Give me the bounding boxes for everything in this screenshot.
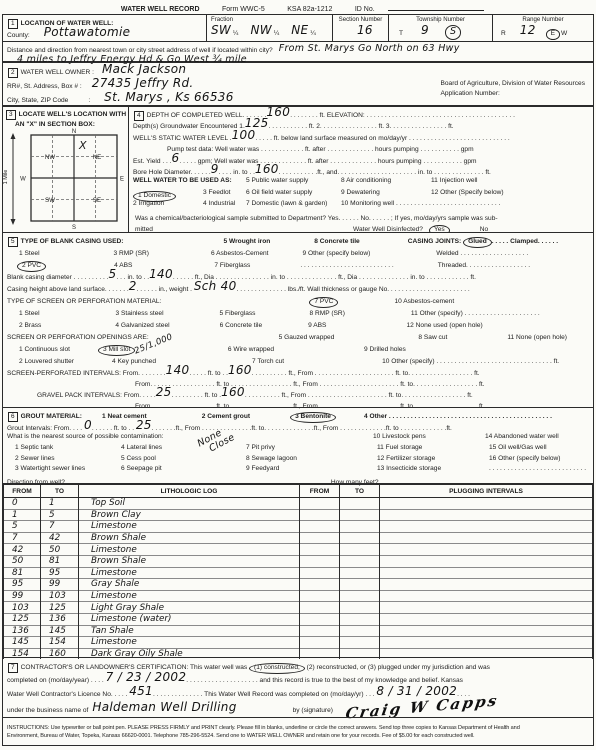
- spacer: [74, 362, 112, 363]
- spacer: [334, 338, 418, 339]
- bore-hole-diameter-line: Bore Hole Diameter. . . . . .9. . . . in…: [129, 164, 593, 175]
- contamination-option: 7 Pit privy: [246, 443, 377, 454]
- screen-intervals-line-2: From. . . . . . . . . . . . . . . . . . …: [3, 376, 593, 387]
- printed-text: SCREEN OR PERFORATION OPENINGS ARE:: [7, 334, 149, 341]
- depth-cell: 81: [41, 555, 79, 567]
- section-location-of-well: 1LOCATION OF WATER WELL: County:Pottawat…: [2, 14, 594, 62]
- plugging-cell: [340, 590, 380, 602]
- section-location-depth: 3LOCATE WELL'S LOCATION WITH AN "X" IN S…: [2, 106, 594, 233]
- printed-text: WATER WELL OWNER :: [21, 69, 94, 76]
- plugging-cell: [300, 625, 340, 637]
- lithologic-rows: 01Top Soil15Brown Clay57Limestone742Brow…: [4, 498, 593, 660]
- depth-cell: 7: [41, 521, 79, 533]
- spacer: [132, 266, 214, 267]
- arrow-up-icon: [11, 133, 16, 139]
- contamination-option: 16 Other (specify below): [489, 454, 560, 465]
- printed-text: 9 Drilled holes: [364, 346, 406, 353]
- spacer: [270, 242, 314, 243]
- application-number-label: Application Number:: [440, 89, 585, 99]
- handwritten-text: 0: [84, 418, 92, 432]
- plugging-cell: [300, 544, 340, 556]
- screen-material-row-1: 1 Steel3 Stainless steel5 Fiberglass8 RM…: [3, 305, 593, 317]
- spacer: [250, 417, 290, 418]
- litho-row: 103125Light Gray Shale: [4, 602, 593, 614]
- range-line: R12EW: [493, 24, 593, 39]
- depth-cell: 125: [41, 602, 79, 614]
- printed-text: W: [561, 30, 567, 37]
- plugging-cell: [380, 509, 593, 521]
- depth-cell: 5: [41, 509, 79, 521]
- printed-text: 2 Cement grout: [202, 413, 250, 420]
- plugging-cell: [340, 625, 380, 637]
- printed-text: 10 Other (specify) . . . . . . . . . . .…: [382, 358, 559, 365]
- spacer: [370, 254, 436, 255]
- spacer: [345, 314, 411, 315]
- openings-row-2: 2 Louvered shutter4 Key punched7 Torch c…: [3, 353, 593, 365]
- printed-text: 2 Louvered shutter: [19, 358, 74, 365]
- casing-row-0: 5TYPE OF BLANK CASING USED:5 Wrought iro…: [3, 233, 593, 245]
- depth-row: 4DEPTH OF COMPLETED WELL. . . . . . .160…: [129, 107, 593, 118]
- plugging-cell: [300, 637, 340, 649]
- spacer: [336, 417, 364, 418]
- spacer: [394, 266, 438, 267]
- litho-row: 9599Gray Shale: [4, 579, 593, 591]
- certification-line-3: Water Well Contractor's Licence No. . . …: [3, 685, 593, 699]
- printed-text: . . . . . . .ft., From . . . . . . . . .…: [152, 425, 452, 432]
- lithology-cell: Brown Shale: [79, 555, 300, 567]
- plugging-cell: [340, 613, 380, 625]
- printed-text: ¼: [231, 30, 238, 37]
- printed-text: 1 Steel: [19, 310, 40, 317]
- spacer: [170, 326, 220, 327]
- printed-text: Water Well Contractor's Licence No. . . …: [7, 691, 129, 698]
- litho-row: 4250Limestone: [4, 544, 593, 556]
- spacer: [447, 338, 507, 339]
- screen-material-row-2: 2 Brass4 Galvanized steel6 Concrete tile…: [3, 317, 593, 329]
- depth-cell: 1: [4, 509, 41, 521]
- col-to-2: TO: [340, 485, 380, 498]
- depth-cell: 42: [41, 532, 79, 544]
- form-number: Form WWC-5: [222, 6, 265, 13]
- use-option: 12 Other (Specify below): [431, 187, 504, 198]
- fraction-cell: Fraction SW ¼NW ¼NE ¼: [207, 15, 333, 41]
- plugging-cell: [380, 590, 593, 602]
- form-id-label: ID No.: [355, 6, 375, 13]
- section-grout-contamination: 6GROUT MATERIAL:1 Neat cement2 Cement gr…: [2, 407, 594, 484]
- plugging-cell: [300, 602, 340, 614]
- contamination-header-row: What is the nearest source of possible c…: [3, 432, 593, 443]
- spacer: [90, 101, 104, 102]
- spacer: [7, 326, 19, 327]
- printed-text: . . . . . Clamped. . . . . .: [492, 238, 558, 245]
- plugging-cell: [380, 602, 593, 614]
- plugging-cell: [300, 567, 340, 579]
- depth-cell: 50: [41, 544, 79, 556]
- plugging-cell: [380, 613, 593, 625]
- use-option: 9 Dewatering: [341, 187, 431, 198]
- spacer: [149, 254, 211, 255]
- col-from-1: FROM: [4, 485, 41, 498]
- printed-text: 4 Key punched: [112, 358, 156, 365]
- circled-handwritten-text: S: [445, 25, 461, 40]
- col-to-1: TO: [41, 485, 79, 498]
- handwritten-text: 9: [421, 23, 429, 37]
- instructions-footer: INSTRUCTIONS: Use typewriter or ball poi…: [2, 717, 594, 746]
- ne-quadrant-label: NE: [93, 154, 102, 161]
- litho-row: 742Brown Shale: [4, 532, 593, 544]
- spacer: [238, 34, 250, 35]
- section-box-panel: 3LOCATE WELL'S LOCATION WITH AN "X" IN S…: [3, 107, 129, 232]
- handwritten-text: 7 / 23 / 2002: [106, 670, 187, 684]
- township-label: Township Number: [389, 15, 492, 24]
- printed-text: 10 Asbestos-cement: [394, 298, 454, 305]
- plugging-cell: [380, 498, 593, 510]
- handwritten-text: 160: [221, 385, 245, 399]
- depth-cell: 136: [4, 625, 41, 637]
- plugging-cell: [380, 544, 593, 556]
- handwritten-text: 160: [228, 363, 252, 377]
- spacer: [273, 51, 279, 52]
- depth-cell: 136: [41, 613, 79, 625]
- circled-printed-text: E: [546, 29, 560, 40]
- lithology-cell: Gray Shale: [79, 579, 300, 591]
- sample-submitted-line: Was a chemical/bacteriological sample su…: [129, 210, 593, 221]
- use-as-row-2: 2 Irrigation4 Industrial7 Domestic (lawn…: [129, 198, 593, 209]
- depth-cell: 95: [4, 579, 41, 591]
- col-lithologic-log: LITHOLOGIC LOG: [79, 485, 300, 498]
- contamination-option: 13 Insecticide storage: [377, 464, 489, 475]
- printed-text: 5 Fiberglass: [220, 310, 256, 317]
- printed-text: 5 Wrought iron: [224, 238, 271, 245]
- spacer: [250, 266, 300, 267]
- range-cell: Range Number R12EW: [493, 15, 593, 41]
- plugging-cell: [300, 590, 340, 602]
- lithology-cell: Tan Shale: [79, 625, 300, 637]
- printed-text: 9 Other (specify below): [303, 250, 371, 257]
- depth-cell: 145: [4, 637, 41, 649]
- section-certification: 7CONTRACTOR'S OR LANDOWNER'S CERTIFICATI…: [2, 657, 594, 718]
- printed-text: 3 RMP (SR): [114, 250, 149, 257]
- plugging-cell: [380, 532, 593, 544]
- screen-intervals-line-1: SCREEN-PERFORATED INTERVALS: From. . . .…: [3, 365, 593, 376]
- table-header-row: FROM TO LITHOLOGIC LOG FROM TO PLUGGING …: [4, 485, 593, 498]
- printed-text: TYPE OF SCREEN OR PERFORATION MATERIAL:: [7, 298, 161, 305]
- handwritten-text: Haldeman Well Drilling: [92, 700, 236, 714]
- contamination-option: 5 Cess pool: [121, 454, 246, 465]
- use-as-row-0: WELL WATER TO BE USED AS:5 Public water …: [129, 175, 593, 186]
- printed-text: 2 Brass: [19, 322, 41, 329]
- lithology-cell: Limestone: [79, 544, 300, 556]
- printed-text: 12 None used (open hole): [406, 322, 482, 329]
- plugging-cell: [380, 579, 593, 591]
- certification-row-1: 7CONTRACTOR'S OR LANDOWNER'S CERTIFICATI…: [3, 658, 593, 671]
- printed-text: 7 Fiberglass: [214, 262, 250, 269]
- handwritten-text: SW: [211, 23, 231, 37]
- spacer: [429, 34, 445, 35]
- spacer: [124, 242, 224, 243]
- contamination-title: What is the nearest source of possible c…: [7, 432, 373, 443]
- printed-text: 5 Gauzed wrapped: [279, 334, 335, 341]
- spacer: [7, 396, 37, 397]
- section-casing-screen: 5TYPE OF BLANK CASING USED:5 Wrought iro…: [2, 232, 594, 408]
- depth-cell: 99: [4, 590, 41, 602]
- litho-row: 136145Tan Shale: [4, 625, 593, 637]
- contamination-option: 14 Abandoned water well: [485, 432, 559, 443]
- groundwater-line: Depth(s) Groundwater Encountered 1.125. …: [129, 118, 593, 129]
- plugging-cell: [300, 555, 340, 567]
- printed-text: 4 Galvanized steel: [115, 322, 169, 329]
- printed-text: (2) reconstructed, or (3) plugged under …: [305, 664, 490, 671]
- depth-cell: 103: [4, 602, 41, 614]
- spacer: [7, 254, 19, 255]
- sw-quadrant-label: SW: [45, 197, 55, 204]
- static-water-level-line: WELL'S STATIC WATER LEVEL .100. . . . . …: [129, 130, 593, 141]
- casing-row-2: 2 PVC4 ABS7 Fiberglass. . . . . . . . . …: [3, 257, 593, 269]
- certification-line-2: completed on (mo/day/year) . . . . 7 / 2…: [3, 671, 593, 685]
- nw-quadrant-label: NW: [45, 154, 55, 161]
- spacer: [274, 350, 364, 351]
- one-mile-label: 1 Mile: [3, 170, 9, 185]
- depth-cell: 95: [41, 567, 79, 579]
- printed-text: . . . . . . . . . . . . . . . . . . . . …: [300, 262, 393, 269]
- spacer: [46, 266, 114, 267]
- litho-row: 99103Limestone: [4, 590, 593, 602]
- form-header: WATER WELL RECORD Form WWC-5 KSA 82a-121…: [0, 1, 596, 14]
- spacer: [536, 34, 546, 35]
- plugging-cell: [300, 579, 340, 591]
- se-quadrant-label: SE: [93, 197, 101, 204]
- depth-cell: 1: [41, 498, 79, 510]
- county-line: County:Pottawatomie: [3, 26, 206, 41]
- spacer: [338, 302, 394, 303]
- spacer: [68, 101, 88, 102]
- spacer: [326, 326, 406, 327]
- instructions-line-2: Environment, Bureau of Water, Topeka, Ka…: [7, 733, 475, 739]
- litho-row: 5081Brown Shale: [4, 555, 593, 567]
- handwritten-text: 25: [156, 385, 172, 399]
- depth-cell: 99: [41, 579, 79, 591]
- spacer: [262, 326, 308, 327]
- litho-row: 15Brown Clay: [4, 509, 593, 521]
- plugging-cell: [380, 637, 593, 649]
- spacer: [133, 150, 167, 151]
- printed-text: . . . . . . . . . . . . . . This Water W…: [153, 691, 376, 698]
- spacer: [7, 385, 135, 386]
- handwritten-text: 16: [357, 23, 373, 37]
- lithology-cell: Top Soil: [79, 498, 300, 510]
- printed-text: . . . . . . ft. to . .: [92, 425, 136, 432]
- distance-direction-line: Distance and direction from nearest town…: [3, 42, 593, 53]
- printed-text: completed on (mo/day/year) . . . .: [7, 677, 106, 684]
- lithology-cell: Limestone: [79, 567, 300, 579]
- use-option: 2 Irrigation: [133, 198, 203, 209]
- printed-text: 8 RMP (SR): [309, 310, 344, 317]
- depth-cell: 50: [4, 555, 41, 567]
- printed-text: RR#, St. Address, Box # :: [7, 83, 82, 90]
- plugging-cell: [300, 613, 340, 625]
- plugging-cell: [380, 625, 593, 637]
- handwritten-text: 9: [211, 162, 219, 176]
- lithology-cell: Limestone: [79, 590, 300, 602]
- spacer: [40, 254, 114, 255]
- well-location-x-mark: X: [78, 139, 87, 152]
- printed-text: 3 Stainless steel: [116, 310, 164, 317]
- handwritten-text: 12: [520, 23, 536, 37]
- depth-cell: 103: [41, 590, 79, 602]
- handwritten-text: 140: [166, 363, 190, 377]
- handwritten-text: 100: [232, 128, 256, 142]
- form-title: WATER WELL RECORD: [121, 6, 200, 13]
- contamination-row-3: 3 Watertight sewer lines6 Seepage pit9 F…: [3, 464, 593, 475]
- handwritten-text: 140: [149, 267, 173, 281]
- plugging-cell: [340, 498, 380, 510]
- spacer: [7, 314, 19, 315]
- plugging-cell: [340, 567, 380, 579]
- estimated-yield-line: Est. Yield . . .6. . . . . gpm; Well wat…: [129, 153, 593, 164]
- north-label: N: [72, 129, 76, 135]
- litho-row: 01Top Soil: [4, 498, 593, 510]
- location-header-row: 1LOCATION OF WATER WELL: County:Pottawat…: [3, 15, 593, 42]
- plugging-cell: [300, 521, 340, 533]
- pump-test-line: Pump test data: Well water was . . . . .…: [129, 141, 593, 152]
- handwritten-text: St. Marys , Ks 66536: [104, 90, 234, 104]
- handwritten-text: 160: [266, 107, 290, 119]
- water-well-record-form: WATER WELL RECORD Form WWC-5 KSA 82a-121…: [0, 0, 596, 750]
- handwritten-text: 5: [109, 267, 117, 281]
- depth-cell: 81: [4, 567, 41, 579]
- use-as-row-1: 1 Domestic3 Feedlot6 Oil field water sup…: [129, 187, 593, 198]
- handwritten-text: From St. Marys Go North on 63 Hwy: [279, 43, 460, 54]
- litho-row: 125136Limestone (water): [4, 613, 593, 625]
- spacer: [7, 266, 17, 267]
- plugging-cell: [340, 532, 380, 544]
- depth-cell: 0: [4, 498, 41, 510]
- lithology-cell: Brown Clay: [79, 509, 300, 521]
- depth-cell: 7: [4, 532, 41, 544]
- printed-text: Blank casing diameter . . . . . . . . . …: [7, 274, 109, 281]
- printed-text: 9 ABS: [308, 322, 326, 329]
- contamination-option: 11 Fuel storage: [377, 443, 489, 454]
- litho-row: 145154Limestone: [4, 637, 593, 649]
- casing-height-line: Casing height above land surface. . . . …: [3, 281, 593, 293]
- printed-text: 1 Steel: [19, 250, 40, 257]
- spacer: [82, 87, 92, 88]
- spacer: [337, 34, 357, 35]
- plugging-cell: [340, 544, 380, 556]
- contamination-option: 9 Feedyard: [246, 464, 377, 475]
- printed-text: Casing height above land surface. . . . …: [7, 286, 129, 293]
- use-option: 7 Domestic (lawn & garden): [246, 198, 341, 209]
- lithology-cell: Limestone: [79, 637, 300, 649]
- depth-cell: 145: [41, 625, 79, 637]
- west-label: W: [20, 177, 26, 183]
- litho-row: 8195Limestone: [4, 567, 593, 579]
- plugging-cell: [340, 602, 380, 614]
- openings-row-1: 1 Continuous slot3 Mill slot25/1,0006 Wi…: [3, 341, 593, 353]
- contamination-option: 8 Sewage lagoon: [246, 454, 377, 465]
- use-option: 5 Public water supply: [246, 175, 341, 186]
- spacer: [30, 36, 44, 37]
- use-option: 8 Air conditioning: [341, 175, 431, 186]
- contamination-option: 15 Oil well/Gas well: [489, 443, 547, 454]
- printed-text: ¼: [272, 30, 279, 37]
- contamination-option: . . . . . . . . . . . . . . . . . . . . …: [489, 464, 586, 475]
- spacer: [164, 314, 220, 315]
- spacer: [284, 362, 382, 363]
- spacer: [7, 350, 19, 351]
- printed-text: . . . . . . . . . . . . . . lbs./ft. Wal…: [237, 286, 470, 293]
- plugging-cell: [340, 509, 380, 521]
- printed-text: 4 ABS: [114, 262, 132, 269]
- arrow-down-icon: [11, 219, 16, 225]
- spacer: [237, 711, 293, 712]
- litho-row: 57Limestone: [4, 521, 593, 533]
- handwritten-text: 25: [136, 418, 152, 432]
- printed-text: 11 None (open hole): [507, 334, 567, 341]
- contamination-row-2: 2 Sewer lines5 Cess pool8 Sewage lagoon1…: [3, 454, 593, 465]
- printed-text: GROUT MATERIAL:: [21, 413, 82, 420]
- printed-text: by (signature): [293, 707, 333, 714]
- section3-title-row: 3LOCATE WELL'S LOCATION WITH: [3, 107, 128, 117]
- printed-text: 7 Torch cut: [252, 358, 284, 365]
- printed-text: CASING JOINTS:: [408, 238, 463, 245]
- plugging-cell: [340, 637, 380, 649]
- plugging-cell: [300, 509, 340, 521]
- township-line: T9S: [389, 24, 492, 39]
- lithology-cell: Brown Shale: [79, 532, 300, 544]
- depth-panel: 4DEPTH OF COMPLETED WELL. . . . . . .160…: [129, 107, 593, 232]
- contamination-row-1: 1 Septic tank4 Lateral lines7 Pit privy1…: [3, 443, 593, 454]
- handwritten-text: NE: [291, 23, 308, 37]
- spacer: [41, 326, 115, 327]
- printed-text: 6 Concrete tile: [220, 322, 263, 329]
- printed-text: 1 Continuous slot: [19, 346, 70, 353]
- casing-diameter-line: Blank casing diameter . . . . . . . . . …: [3, 269, 593, 281]
- plugging-cell: [340, 579, 380, 591]
- use-option: 10 Monitoring well . . . . . . . . . . .…: [341, 198, 500, 209]
- handwritten-text: 27435 Jeffry Rd.: [92, 76, 194, 90]
- printed-text: 8 Saw cut: [418, 334, 447, 341]
- fraction-line: SW ¼NW ¼NE ¼: [207, 24, 332, 39]
- township-cell: Township Number T9S: [389, 15, 493, 41]
- handwritten-text: 451: [129, 684, 153, 698]
- use-option: 3 Feedlot: [203, 187, 246, 198]
- county-cell: 1LOCATION OF WATER WELL: County:Pottawat…: [3, 15, 207, 41]
- plugging-cell: [380, 567, 593, 579]
- plugging-cell: [340, 521, 380, 533]
- handwritten-text: Sch 40: [194, 279, 237, 293]
- depth-cell: 5: [4, 521, 41, 533]
- printed-text: 4 Other . . . . . . . . . . . . . . . . …: [364, 413, 552, 420]
- printed-text: 6 Wire wrapped: [228, 346, 274, 353]
- contamination-option: 3 Watertight sewer lines: [7, 464, 121, 475]
- spacer: [269, 254, 303, 255]
- lithologic-log-section: FROM TO LITHOLOGIC LOG FROM TO PLUGGING …: [2, 483, 594, 658]
- printed-text: . . . . . . in., weight .: [137, 286, 194, 293]
- contamination-option: 1 Septic tank: [7, 443, 121, 454]
- use-option: 4 Industrial: [203, 198, 246, 209]
- spacer: [147, 417, 202, 418]
- handwritten-text: NW: [250, 23, 271, 37]
- printed-text: under the business name of: [7, 707, 88, 714]
- printed-text: 11 Other (specify) . . . . . . . . . . .…: [411, 310, 540, 317]
- spacer: [279, 34, 291, 35]
- printed-text: 6 Asbestos-Cement: [211, 250, 269, 257]
- handwritten-text: Mack Jackson: [102, 62, 186, 76]
- printed-text: . . . . . . . . . . . . . . . . . . . . …: [186, 677, 463, 684]
- spacer: [176, 350, 228, 351]
- gravel-pack-line-1: GRAVEL PACK INTERVALS: From. . . . .25. …: [3, 387, 593, 398]
